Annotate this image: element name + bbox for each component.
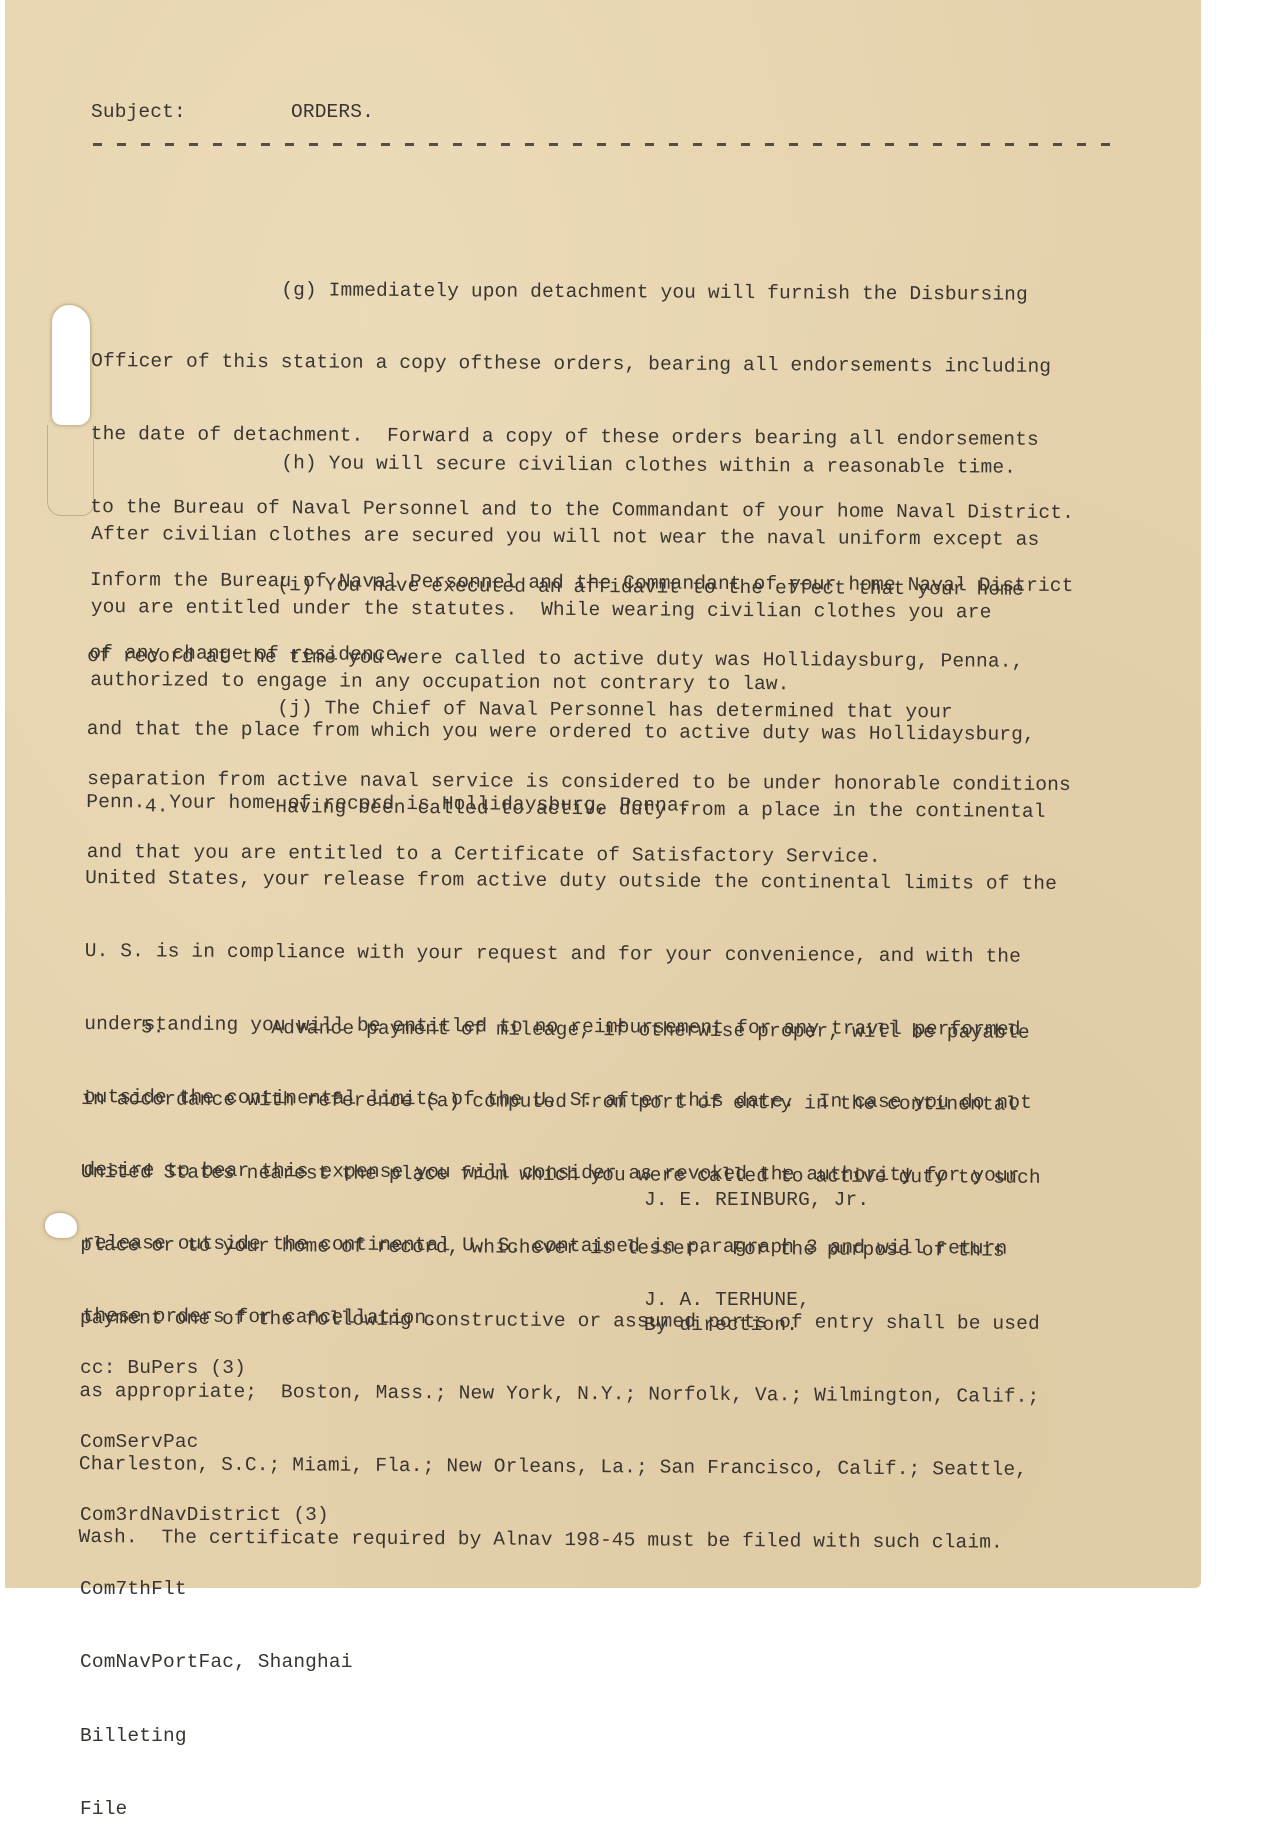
by-direction-text: By direction. — [644, 1313, 798, 1337]
punch-hole — [52, 305, 90, 425]
text-line: place or to your home of record, whichev… — [80, 1233, 1040, 1263]
subject-line: Subject:ORDERS. — [91, 100, 374, 124]
text-line: United States, your release from active … — [85, 866, 1057, 896]
by-direction-name: J. A. TERHUNE, — [644, 1288, 810, 1312]
cc-line: cc: BuPers (3) — [80, 1356, 353, 1381]
distribution-list: cc: BuPers (3) ComServPac Com3rdNavDistr… — [80, 1307, 353, 1592]
text-line: 5. Advance payment of mileage, if otherw… — [82, 1014, 1042, 1044]
text-line: 4. Having been called to active duty fro… — [86, 793, 1058, 823]
cc-line: Com3rdNavDistrict (3) — [80, 1503, 353, 1528]
punch-hole — [45, 1213, 77, 1238]
signer-name: J. E. REINBURG, Jr. — [644, 1188, 869, 1212]
subject-value: ORDERS. — [291, 101, 374, 123]
subject-label: Subject: — [91, 100, 291, 124]
paper-tear — [47, 425, 94, 516]
text-line: (g) Immediately upon detachment you will… — [92, 276, 1076, 306]
dashed-divider — [93, 143, 1113, 146]
text-line: in accordance with reference (a) compute… — [81, 1087, 1041, 1117]
cc-line: Com7thFlt — [80, 1577, 353, 1593]
text-line: United States nearest the place from whi… — [81, 1160, 1041, 1190]
cc-line: ComServPac — [80, 1430, 353, 1455]
